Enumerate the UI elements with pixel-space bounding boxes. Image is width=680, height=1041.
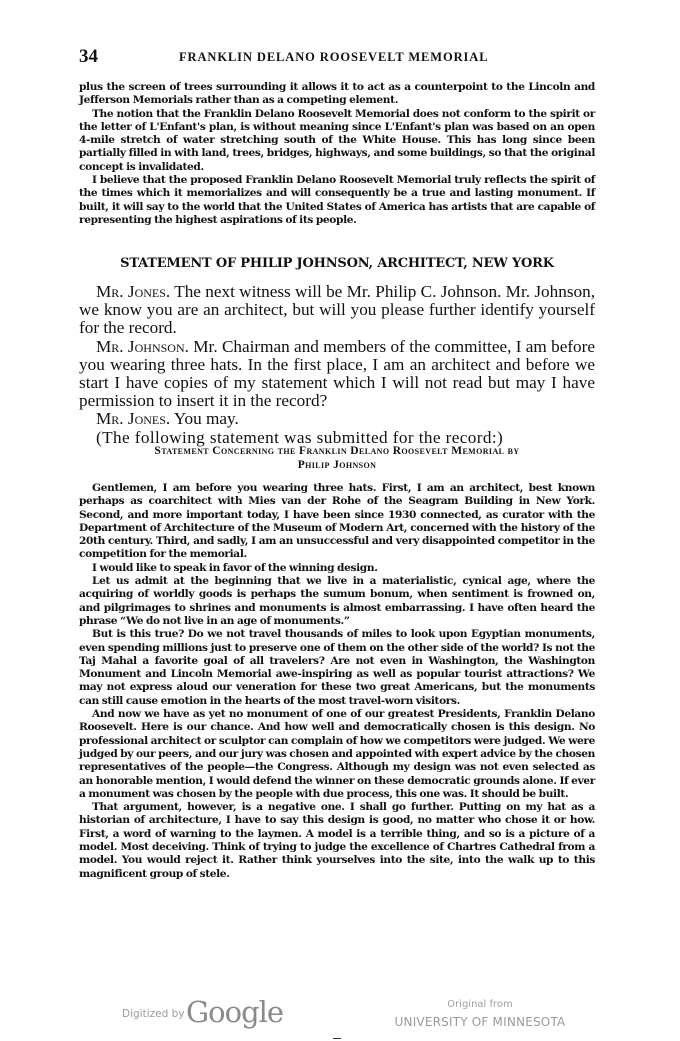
digitization-footer: Digitized by Google Original from UNIVER… xyxy=(0,995,680,1041)
original-from-label: Original from xyxy=(392,999,568,1010)
speaker-name: Mr. Johnson. xyxy=(96,337,189,356)
paragraph: I would like to speak in favor of the wi… xyxy=(79,562,595,575)
scan-mark xyxy=(333,1038,341,1039)
digitized-by-label: Digitized by xyxy=(122,1008,184,1020)
speech-text: You may. xyxy=(170,409,239,428)
institution-name: UNIVERSITY OF MINNESOTA xyxy=(392,1015,568,1029)
section-heading: STATEMENT OF PHILIP JOHNSON, ARCHITECT, … xyxy=(79,256,595,271)
testimony-paragraph: Mr. Johnson. Mr. Chairman and members of… xyxy=(79,338,595,411)
page-number: 34 xyxy=(79,46,98,68)
paragraph: Gentlemen, I am before you wearing three… xyxy=(79,482,595,562)
speaker-name: Mr. Jones. xyxy=(96,409,170,428)
speaker-name: Mr. Jones. xyxy=(96,282,170,301)
statement-title: Statement Concerning the Franklin Delano… xyxy=(79,445,595,472)
statement-title-line: Statement Concerning the Franklin Delano… xyxy=(79,445,595,459)
testimony-paragraph: Mr. Jones. The next witness will be Mr. … xyxy=(79,283,595,338)
prior-statement-continuation: plus the screen of trees surrounding it … xyxy=(79,81,595,227)
paragraph: And now we have as yet no monument of on… xyxy=(79,708,595,801)
testimony-paragraph: Mr. Jones. You may. xyxy=(79,410,595,428)
testimony: Mr. Jones. The next witness will be Mr. … xyxy=(79,283,595,447)
running-head: 34 FRANKLIN DELANO ROOSEVELT MEMORIAL xyxy=(79,46,595,68)
paragraph: The notion that the Franklin Delano Roos… xyxy=(79,108,595,174)
google-logo: Google xyxy=(186,995,283,1029)
running-title: FRANKLIN DELANO ROOSEVELT MEMORIAL xyxy=(179,50,488,65)
paragraph: But is this true? Do we not travel thous… xyxy=(79,628,595,708)
johnson-statement: Gentlemen, I am before you wearing three… xyxy=(79,482,595,881)
paragraph: That argument, however, is a negative on… xyxy=(79,801,595,881)
paragraph: plus the screen of trees surrounding it … xyxy=(79,81,595,108)
statement-title-line: Philip Johnson xyxy=(79,459,595,473)
paragraph: I believe that the proposed Franklin Del… xyxy=(79,174,595,227)
paragraph: Let us admit at the beginning that we li… xyxy=(79,575,595,628)
